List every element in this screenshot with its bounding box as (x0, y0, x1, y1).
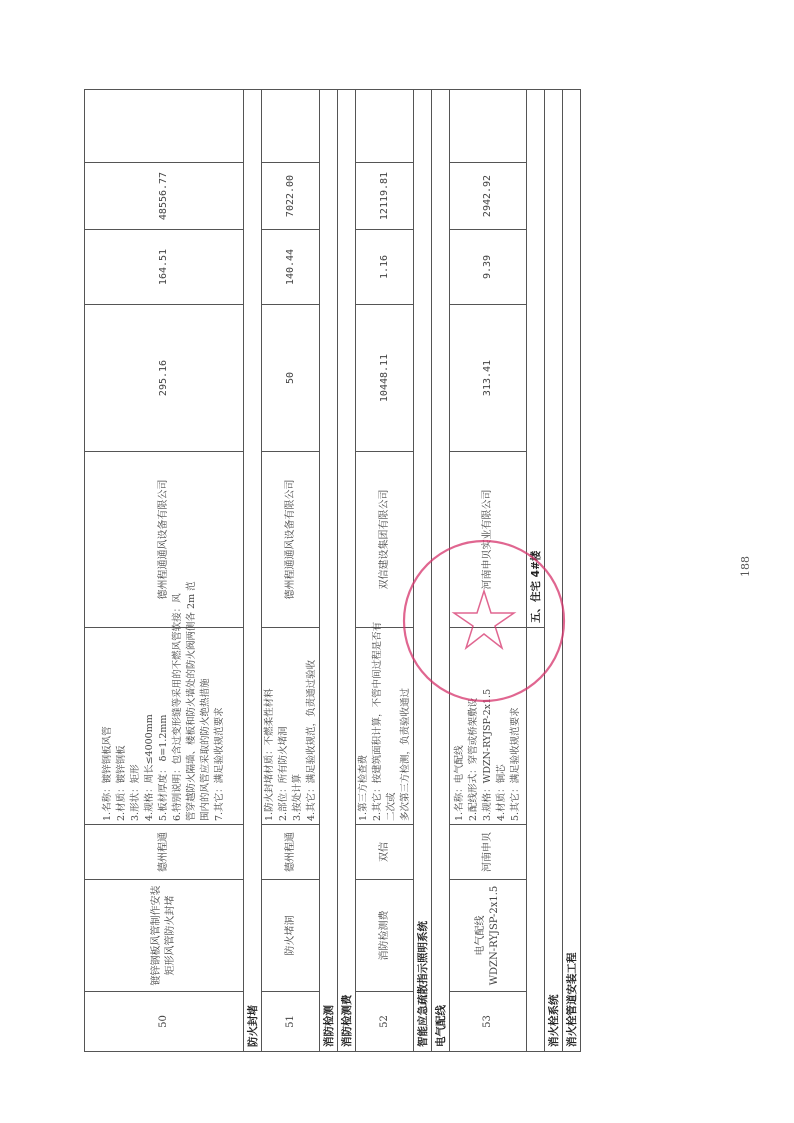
empty-cell (527, 628, 545, 1052)
item-name-line: 镀锌钢板风管制作安装 (150, 883, 164, 988)
quantity: 313.41 (450, 305, 527, 452)
remark (450, 90, 527, 163)
supplier: 德州程通通风设备有限公司 (262, 452, 320, 628)
remark (262, 90, 320, 163)
item-description: 1.第三方检查费2.其它：按建筑面积计算，不管中间过程是否有二次或多次第三方检测… (356, 628, 414, 825)
section-row: 消防检测 (320, 90, 338, 1052)
table-row: 52消防检测费双信1.第三方检查费2.其它：按建筑面积计算，不管中间过程是否有二… (356, 90, 414, 1052)
item-name: 电气配线WDZN-RYJSP-2x1.5 (450, 880, 527, 992)
description-line: 7.其它：满足验收规范要求 (213, 631, 227, 821)
item-name: 消防检测费 (356, 880, 414, 992)
section-label: 电气配线 (432, 90, 450, 1052)
description-line: 5.板材厚度： δ=1.2mm (157, 631, 171, 821)
total-price: 2942.92 (450, 163, 527, 230)
section-row: 消火栓系统 (545, 90, 563, 1052)
section-row: 消火栓管道安装工程 (563, 90, 581, 1052)
section-label: 消防检测 (320, 90, 338, 1052)
item-name-line: 矩形风管防火封堵 (164, 883, 178, 988)
page-number: 188 (739, 556, 752, 577)
description-line: 2.配线形式：穿管或桥架敷设 (467, 631, 481, 821)
description-line: 4.材质：铜芯 (495, 631, 509, 821)
section-row: 消防检测费 (338, 90, 356, 1052)
section-row: 防火封堵 (244, 90, 262, 1052)
description-line: 2.部位：所有防火堵洞 (277, 631, 291, 821)
section-label: 消火栓系统 (545, 90, 563, 1052)
section-row: 智能应急疏散指示照明系统 (414, 90, 432, 1052)
total-price: 48556.77 (85, 163, 244, 230)
section-label: 防火封堵 (244, 90, 262, 1052)
item-number: 51 (262, 992, 320, 1052)
table-row: 53电气配线WDZN-RYJSP-2x1.5河南申贝1.名称：电气配线2.配线形… (450, 90, 527, 1052)
supplier: 德州程通通风设备有限公司 (85, 452, 244, 628)
description-line: 围内的风管应采取的防火绝热措施 (199, 631, 213, 821)
table-row: 50镀锌钢板风管制作安装矩形风管防火封堵德州程通1.名称：镀锌钢板风管2.材质：… (85, 90, 244, 1052)
item-name: 防火堵洞 (262, 880, 320, 992)
description-line: 1.名称：电气配线 (453, 631, 467, 821)
table-row: 51防火堵洞德州程通1.防火封堵材质：不燃柔性材料2.部位：所有防火堵洞3.按处… (262, 90, 320, 1052)
description-line: 2.其它：按建筑面积计算，不管中间过程是否有 (371, 631, 385, 821)
section-label: 消防检测费 (338, 90, 356, 1052)
item-name-line: 电气配线 (474, 883, 488, 988)
item-name: 镀锌钢板风管制作安装矩形风管防火封堵 (85, 880, 244, 992)
description-line: 1.名称：镀锌钢板风管 (101, 631, 115, 821)
description-line: 管穿越防火隔墙、楼板和防火墙处的防火阀两侧各 2m 范 (185, 631, 199, 821)
quotation-table: 50镀锌钢板风管制作安装矩形风管防火封堵德州程通1.名称：镀锌钢板风管2.材质：… (84, 89, 581, 1052)
brand: 德州程通 (262, 825, 320, 880)
description-line: 4.其它：满足验收规范，负责通过验收 (305, 631, 319, 821)
section-label: 智能应急疏散指示照明系统 (414, 90, 432, 1052)
remark (356, 90, 414, 163)
item-number: 52 (356, 992, 414, 1052)
quantity: 10448.11 (356, 305, 414, 452)
item-description: 1.名称：镀锌钢板风管2.材质：镀锌钢板3.形状：矩形4.规格：周长≤4000m… (85, 628, 244, 825)
section-label: 消火栓管道安装工程 (563, 90, 581, 1052)
description-line: 2.材质：镀锌钢板 (115, 631, 129, 821)
item-number: 53 (450, 992, 527, 1052)
description-line: 3.规格：WDZN-RYJSP-2x1.5 (481, 631, 495, 821)
rotated-quotation-sheet: 50镀锌钢板风管制作安装矩形风管防火封堵德州程通1.名称：镀锌钢板风管2.材质：… (84, 90, 586, 1052)
item-name-line: 消防检测费 (378, 883, 392, 988)
brand: 河南申贝 (450, 825, 527, 880)
description-line: 3.按处计算 (291, 631, 305, 821)
description-line: 6.特别说明：包含过变形缝等采用的不燃风管软接：风 (171, 631, 185, 821)
total-price: 12119.81 (356, 163, 414, 230)
total-price: 7022.00 (262, 163, 320, 230)
item-description: 1.防火封堵材质：不燃柔性材料2.部位：所有防火堵洞3.按处计算4.其它：满足验… (262, 628, 320, 825)
brand: 双信 (356, 825, 414, 880)
brand: 德州程通 (85, 825, 244, 880)
building-heading-row: 五、住宅 4#楼 (527, 90, 545, 1052)
description-line: 4.规格：周长≤4000mm (143, 631, 157, 821)
unit-price: 164.51 (85, 230, 244, 305)
description-line: 1.第三方检查费 (357, 631, 371, 821)
remark (85, 90, 244, 163)
unit-price: 9.39 (450, 230, 527, 305)
quantity: 50 (262, 305, 320, 452)
quantity: 295.16 (85, 305, 244, 452)
item-name-line: WDZN-RYJSP-2x1.5 (488, 883, 502, 988)
unit-price: 140.44 (262, 230, 320, 305)
description-line: 多次第三方检测，负责验收通过 (399, 631, 413, 821)
item-name-line: 防火堵洞 (284, 883, 298, 988)
description-line: 5.其它：满足验收规范要求 (509, 631, 523, 821)
item-number: 50 (85, 992, 244, 1052)
description-line: 3.形状：矩形 (129, 631, 143, 821)
building-heading: 五、住宅 4#楼 (527, 90, 545, 628)
supplier: 双信建设集团有限公司 (356, 452, 414, 628)
section-row: 电气配线 (432, 90, 450, 1052)
unit-price: 1.16 (356, 230, 414, 305)
description-line: 1.防火封堵材质：不燃柔性材料 (263, 631, 277, 821)
supplier: 河南申贝实业有限公司 (450, 452, 527, 628)
item-description: 1.名称：电气配线2.配线形式：穿管或桥架敷设3.规格：WDZN-RYJSP-2… (450, 628, 527, 825)
description-line: 二次或 (385, 631, 399, 821)
